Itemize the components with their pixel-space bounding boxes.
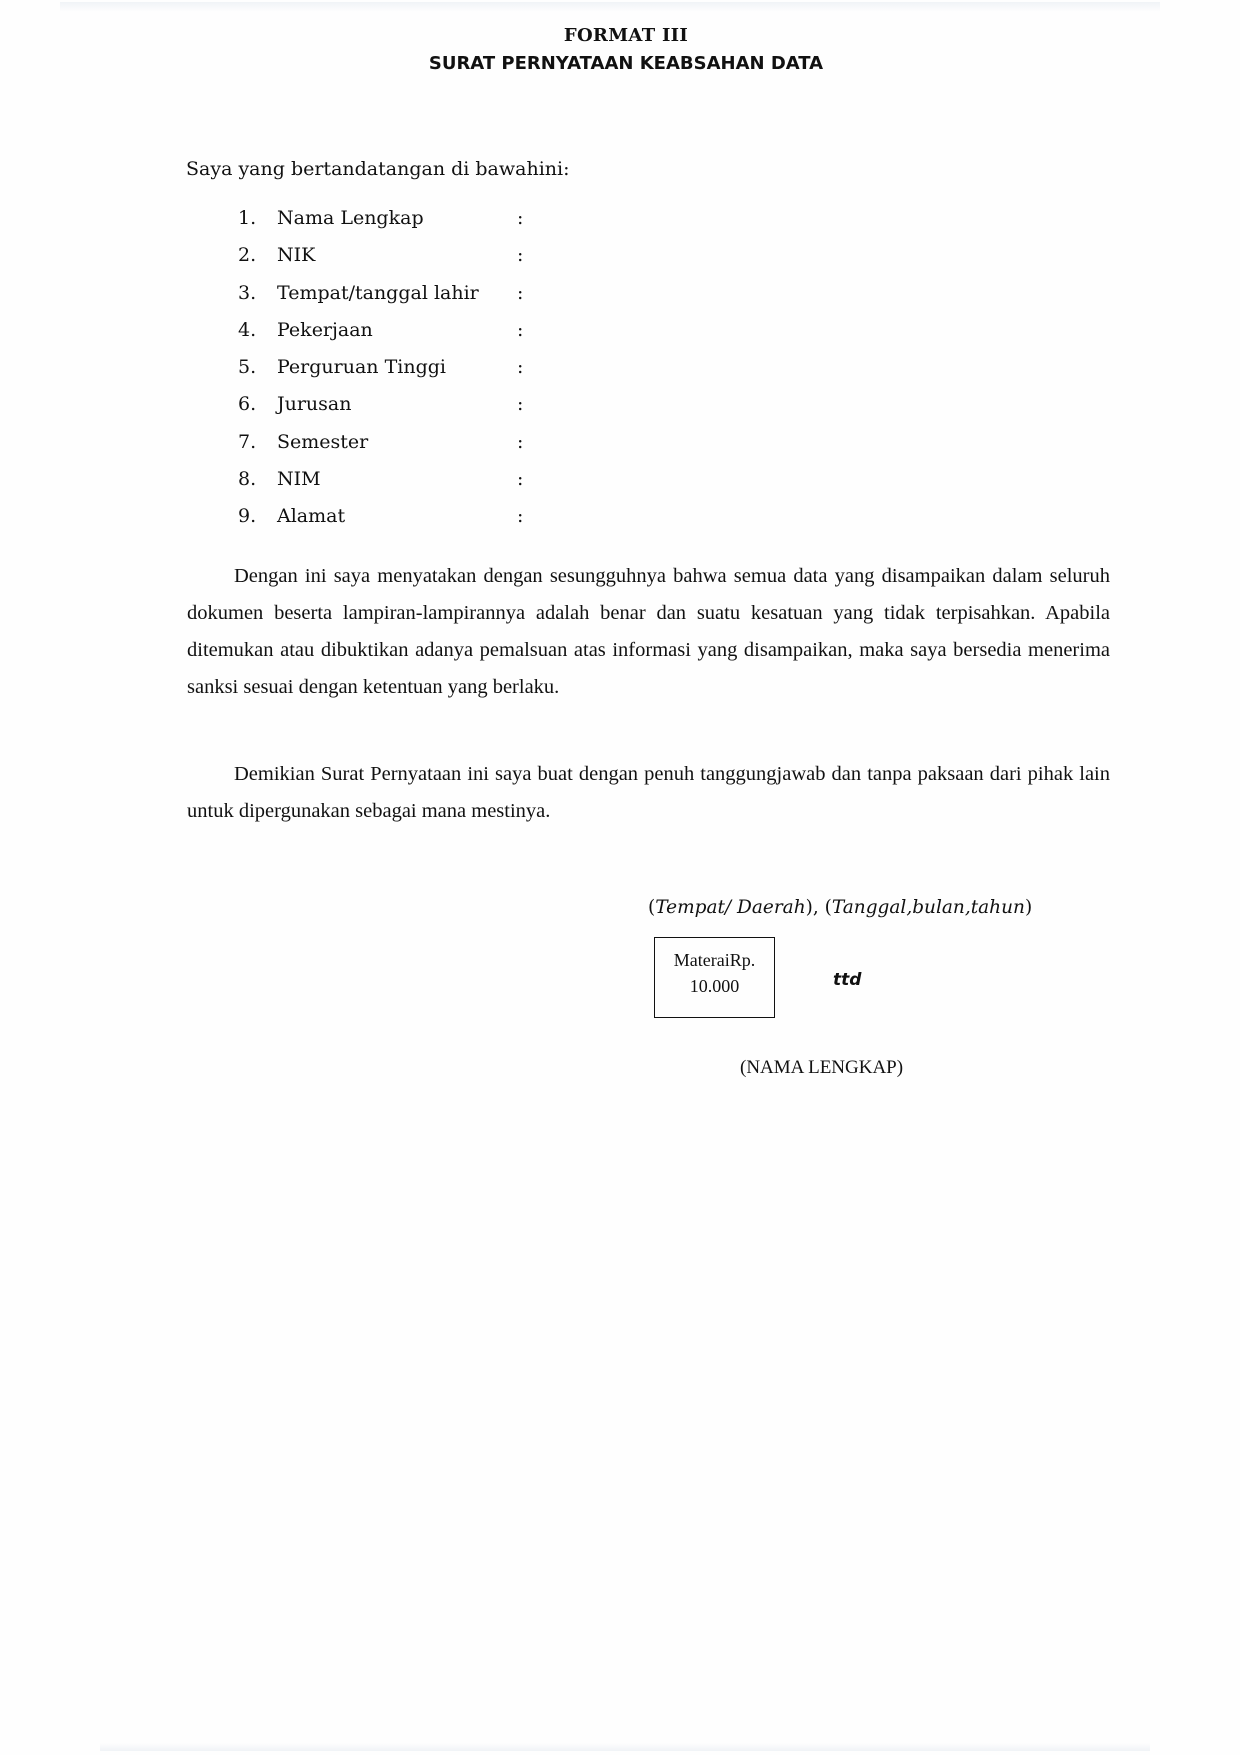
field-separator: : bbox=[517, 282, 537, 304]
field-number: 9. bbox=[238, 505, 277, 527]
field-row-jurusan: 6. Jurusan : bbox=[238, 393, 537, 430]
field-row-alamat: 9. Alamat : bbox=[238, 505, 537, 542]
stamp-label: MateraiRp. bbox=[655, 947, 774, 973]
field-separator: : bbox=[517, 505, 537, 527]
field-label: NIK bbox=[277, 244, 517, 266]
date-close-paren: ) bbox=[1025, 897, 1032, 918]
signer-name: (NAMA LENGKAP) bbox=[740, 1057, 903, 1079]
field-label: Perguruan Tinggi bbox=[277, 356, 517, 378]
field-number: 5. bbox=[238, 356, 277, 378]
scan-shadow-bottom bbox=[100, 1743, 1150, 1751]
field-label: NIM bbox=[277, 468, 517, 490]
field-number: 3. bbox=[238, 282, 277, 304]
intro-text: Saya yang bertandatangan di bawahini: bbox=[186, 158, 569, 180]
document-header: FORMAT III SURAT PERNYATAAN KEABSAHAN DA… bbox=[0, 22, 1240, 78]
field-separator: : bbox=[517, 319, 537, 341]
field-number: 2. bbox=[238, 244, 277, 266]
date-placeholder: Tanggal,bulan,tahun bbox=[832, 897, 1025, 918]
identity-fields-list: 1. Nama Lengkap : 2. NIK : 3. Tempat/tan… bbox=[238, 207, 537, 543]
closing-paragraph: Demikian Surat Pernyataan ini saya buat … bbox=[187, 756, 1110, 830]
field-label: Pekerjaan bbox=[277, 319, 517, 341]
field-number: 6. bbox=[238, 393, 277, 415]
stamp-amount: 10.000 bbox=[655, 973, 774, 999]
field-separator: : bbox=[517, 431, 537, 453]
field-row-nim: 8. NIM : bbox=[238, 468, 537, 505]
field-separator: : bbox=[517, 468, 537, 490]
statement-paragraph: Dengan ini saya menyatakan dengan sesung… bbox=[187, 558, 1110, 706]
field-row-semester: 7. Semester : bbox=[238, 431, 537, 468]
field-separator: : bbox=[517, 393, 537, 415]
field-number: 8. bbox=[238, 468, 277, 490]
field-number: 7. bbox=[238, 431, 277, 453]
date-open-paren: ( bbox=[819, 897, 832, 918]
field-label: Alamat bbox=[277, 505, 517, 527]
document-title: FORMAT III bbox=[12, 22, 1240, 50]
field-row-nik: 2. NIK : bbox=[238, 244, 537, 281]
document-page: FORMAT III SURAT PERNYATAAN KEABSAHAN DA… bbox=[0, 0, 1240, 1755]
document-subtitle: SURAT PERNYATAAN KEABSAHAN DATA bbox=[12, 50, 1240, 78]
field-row-pekerjaan: 4. Pekerjaan : bbox=[238, 319, 537, 356]
field-number: 4. bbox=[238, 319, 277, 341]
field-label: Nama Lengkap bbox=[277, 207, 517, 229]
field-row-nama-lengkap: 1. Nama Lengkap : bbox=[238, 207, 537, 244]
field-separator: : bbox=[517, 356, 537, 378]
field-number: 1. bbox=[238, 207, 277, 229]
field-label: Tempat/tanggal lahir bbox=[277, 282, 517, 304]
field-separator: : bbox=[517, 207, 537, 229]
materai-stamp-box: MateraiRp. 10.000 bbox=[654, 937, 775, 1018]
field-row-perguruan-tinggi: 5. Perguruan Tinggi : bbox=[238, 356, 537, 393]
scan-shadow-top bbox=[60, 2, 1160, 12]
field-label: Semester bbox=[277, 431, 517, 453]
field-row-tempat-tanggal-lahir: 3. Tempat/tanggal lahir : bbox=[238, 282, 537, 319]
place-close-paren: ), bbox=[806, 897, 819, 918]
place-placeholder: Tempat/ Daerah bbox=[655, 897, 805, 918]
signature-placeholder: ttd bbox=[833, 970, 861, 990]
place-date-line: (Tempat/ Daerah), (Tanggal,bulan,tahun) bbox=[648, 897, 1032, 918]
field-separator: : bbox=[517, 244, 537, 266]
field-label: Jurusan bbox=[277, 393, 517, 415]
